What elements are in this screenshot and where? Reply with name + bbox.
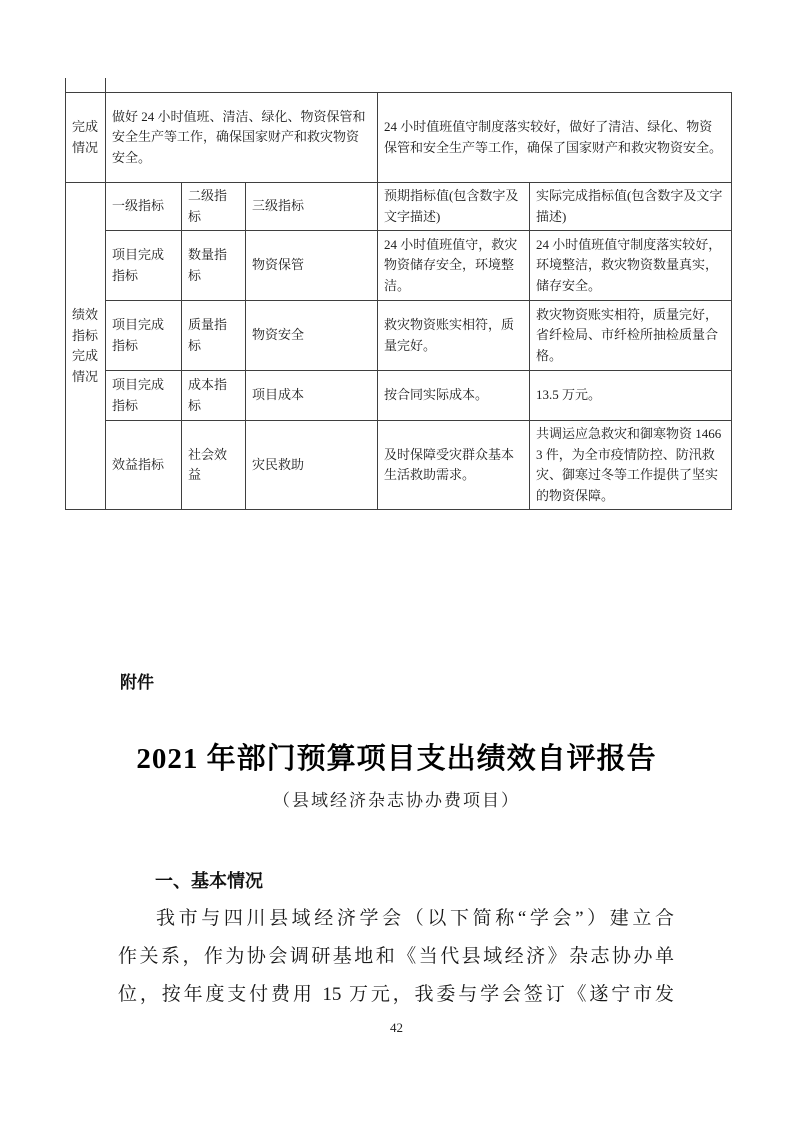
cell-level2: 质量指标 bbox=[182, 301, 246, 371]
cell-expected: 24 小时值班值守，救灾物资储存安全，环境整洁。 bbox=[378, 231, 530, 301]
cell-actual: 13.5 万元。 bbox=[530, 371, 732, 421]
report-subtitle: （县域经济杂志协办费项目） bbox=[0, 786, 793, 811]
cell-level1: 项目完成指标 bbox=[106, 301, 182, 371]
paragraph-line: 我市与四川县域经济学会（以下简称“学会”）建立合 bbox=[118, 900, 674, 938]
cell-level3: 物资安全 bbox=[246, 301, 378, 371]
paragraph-line: 位，按年度支付费用 15 万元，我委与学会签订《遂宁市发 bbox=[118, 976, 674, 1014]
table-continuation-line-left bbox=[65, 78, 66, 93]
row-label-performance-indicators: 绩效指标完成情况 bbox=[66, 183, 106, 510]
attachment-label: 附件 bbox=[120, 668, 154, 693]
header-level3-indicator: 三级指标 bbox=[246, 183, 378, 231]
cell-actual: 共调运应急救灾和御寒物资 14663 件，为全市疫情防控、防汛救灾、御寒过冬等工… bbox=[530, 421, 732, 510]
table-row-cost: 项目完成指标 成本指标 项目成本 按合同实际成本。 13.5 万元。 bbox=[66, 371, 732, 421]
table-continuation-line-divider bbox=[105, 78, 106, 93]
table-header-row: 绩效指标完成情况 一级指标 二级指标 三级指标 预期指标值(包含数字及文字描述)… bbox=[66, 183, 732, 231]
cell-actual: 24 小时值班值守制度落实较好，环境整洁，救灾物资数量真实，储存安全。 bbox=[530, 231, 732, 301]
header-level1-indicator: 一级指标 bbox=[106, 183, 182, 231]
cell-level2: 成本指标 bbox=[182, 371, 246, 421]
cell-level3: 项目成本 bbox=[246, 371, 378, 421]
header-level2-indicator: 二级指标 bbox=[182, 183, 246, 231]
cell-level1: 效益指标 bbox=[106, 421, 182, 510]
header-actual-value: 实际完成指标值(包含数字及文字描述) bbox=[530, 183, 732, 231]
page-number: 42 bbox=[0, 1020, 793, 1036]
performance-evaluation-table: 完成情况 做好 24 小时值班、清洁、绿化、物资保管和安全生产等工作，确保国家财… bbox=[65, 92, 732, 510]
cell-level1: 项目完成指标 bbox=[106, 231, 182, 301]
paragraph-line: 作关系，作为协会调研基地和《当代县域经济》杂志协办单 bbox=[118, 938, 674, 976]
table-row-quality: 项目完成指标 质量指标 物资安全 救灾物资账实相符，质量完好。 救灾物资账实相符… bbox=[66, 301, 732, 371]
header-expected-value: 预期指标值(包含数字及文字描述) bbox=[378, 183, 530, 231]
body-text-block: 一、基本情况 我市与四川县域经济学会（以下简称“学会”）建立合 作关系，作为协会… bbox=[118, 862, 674, 1014]
table-row-quantity: 项目完成指标 数量指标 物资保管 24 小时值班值守，救灾物资储存安全，环境整洁… bbox=[66, 231, 732, 301]
table-row-benefit: 效益指标 社会效益 灾民救助 及时保障受灾群众基本生活救助需求。 共调运应急救灾… bbox=[66, 421, 732, 510]
cell-expected: 按合同实际成本。 bbox=[378, 371, 530, 421]
cell-level2: 数量指标 bbox=[182, 231, 246, 301]
cell-level3: 物资保管 bbox=[246, 231, 378, 301]
table-row-completion: 完成情况 做好 24 小时值班、清洁、绿化、物资保管和安全生产等工作，确保国家财… bbox=[66, 93, 732, 183]
report-title: 2021 年部门预算项目支出绩效自评报告 bbox=[0, 736, 793, 777]
cell-completion-planned: 做好 24 小时值班、清洁、绿化、物资保管和安全生产等工作，确保国家财产和救灾物… bbox=[106, 93, 378, 183]
section-heading-basic-info: 一、基本情况 bbox=[118, 862, 674, 900]
cell-level2: 社会效益 bbox=[182, 421, 246, 510]
cell-completion-actual: 24 小时值班值守制度落实较好，做好了清洁、绿化、物资保管和安全生产等工作，确保… bbox=[378, 93, 732, 183]
cell-level3: 灾民救助 bbox=[246, 421, 378, 510]
cell-expected: 及时保障受灾群众基本生活救助需求。 bbox=[378, 421, 530, 510]
cell-expected: 救灾物资账实相符，质量完好。 bbox=[378, 301, 530, 371]
document-page: 完成情况 做好 24 小时值班、清洁、绿化、物资保管和安全生产等工作，确保国家财… bbox=[0, 0, 793, 1122]
cell-actual: 救灾物资账实相符，质量完好，省纤检局、市纤检所抽检质量合格。 bbox=[530, 301, 732, 371]
row-label-completion-status: 完成情况 bbox=[66, 93, 106, 183]
cell-level1: 项目完成指标 bbox=[106, 371, 182, 421]
